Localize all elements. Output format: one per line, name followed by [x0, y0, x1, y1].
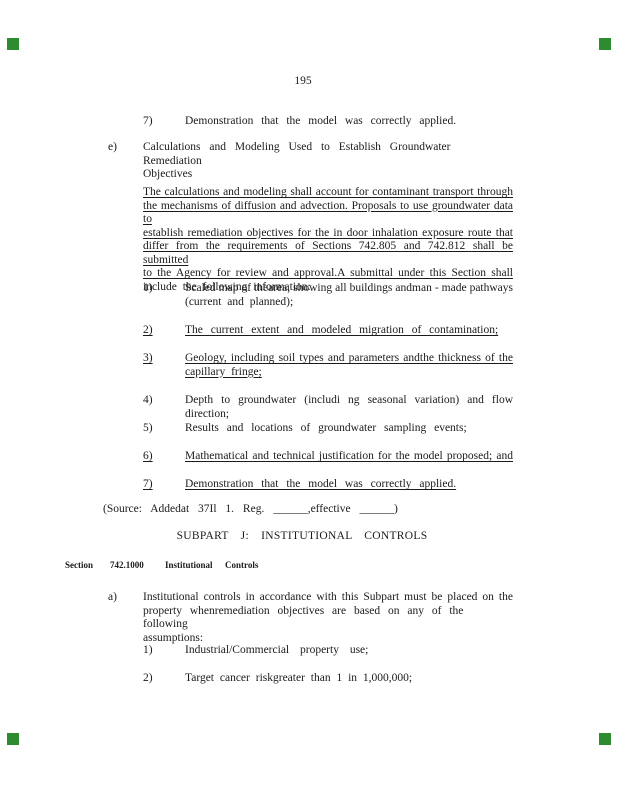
- paragraph-line: Institutional controls in accordance wit…: [143, 591, 513, 605]
- list-item-label: 2): [143, 324, 153, 338]
- section-title-word1: Institutional: [165, 560, 213, 571]
- list-item-text: Industrial/Commercial property use;: [185, 644, 513, 658]
- subsection-label: e): [108, 141, 117, 155]
- paragraph-line: the mechanisms of diffusion and advectio…: [143, 200, 513, 227]
- list-item-label: 1): [143, 644, 153, 658]
- list-item-line: capillary fringe;: [185, 366, 513, 380]
- subsection-heading-line1: Calculations and Modeling Used to Establ…: [143, 141, 513, 168]
- list-item-text: Demonstration that the model was correct…: [185, 115, 513, 129]
- section-title-word2: Controls: [225, 560, 258, 571]
- corner-marker-top-right: [599, 38, 611, 50]
- list-item-label: 7): [143, 115, 153, 129]
- source-note: (Source: Addedat 37Il 1. Reg. ______,eff…: [103, 503, 398, 517]
- list-item-text: Geology, including soil types and parame…: [185, 352, 513, 379]
- list-item-label: 4): [143, 394, 153, 408]
- list-item-text: Demonstration that the model was correct…: [185, 478, 513, 492]
- subsection-heading-line2: Objectives: [143, 168, 513, 182]
- paragraph-body: The calculations and modeling shall acco…: [143, 186, 513, 294]
- paragraph-line: The calculations and modeling shall acco…: [143, 186, 513, 200]
- list-item-text: Depth to groundwater (includi ng seasona…: [185, 394, 513, 421]
- subpart-heading: SUBPART J: INSTITUTIONAL CONTROLS: [0, 530, 604, 544]
- list-item-text: The current extent and modeled migration…: [185, 324, 513, 338]
- page-number: 195: [0, 75, 606, 89]
- list-item-line: Geology, including soil types and parame…: [185, 352, 513, 366]
- list-item-text: Mathematical and technical justification…: [185, 450, 513, 464]
- paragraph-line: assumptions:: [143, 632, 513, 646]
- list-item-text: Results and locations of groundwater sam…: [185, 422, 513, 436]
- list-item-label: 5): [143, 422, 153, 436]
- subsection-heading: Calculations and Modeling Used to Establ…: [143, 141, 513, 182]
- list-item-line-text: capillary fringe;: [185, 366, 271, 378]
- corner-marker-bottom-left: [7, 733, 19, 745]
- list-item-text: Scaled map of thearea, showing all build…: [185, 282, 513, 309]
- document-page: 195 7) Demonstration that the model was …: [0, 0, 618, 800]
- list-item-label: 3): [143, 352, 153, 366]
- section-number: 742.1000: [110, 560, 144, 571]
- list-item-line: Depth to groundwater (includi ng seasona…: [185, 394, 513, 421]
- list-item-text: Target cancer riskgreater than 1 in 1,00…: [185, 672, 513, 686]
- list-item-line: Mathematical and technical justification…: [185, 450, 513, 464]
- list-item-label: 6): [143, 450, 153, 464]
- list-item-line: The current extent and modeled migration…: [185, 324, 507, 336]
- list-item-line: Results and locations of groundwater sam…: [185, 422, 513, 436]
- list-item-label: 2): [143, 672, 153, 686]
- list-item-line: Scaled map of thearea, showing all build…: [185, 282, 513, 296]
- subsection-body: Institutional controls in accordance wit…: [143, 591, 513, 645]
- corner-marker-bottom-right: [599, 733, 611, 745]
- list-item-label: 7): [143, 478, 153, 492]
- subsection-label: a): [108, 591, 117, 605]
- list-item-label: 1): [143, 282, 153, 296]
- paragraph-line: differ from the requirements of Sections…: [143, 240, 513, 267]
- paragraph-line: property whenremediation objectives are …: [143, 605, 513, 632]
- paragraph-line: establish remediation objectives for the…: [143, 227, 513, 241]
- section-word: Section: [65, 560, 93, 571]
- paragraph-line: to the Agency for review and approval.A …: [143, 267, 513, 281]
- list-item-line: (current and planned);: [185, 296, 513, 310]
- list-item-line: Demonstration that the model was correct…: [185, 478, 465, 490]
- corner-marker-top-left: [7, 38, 19, 50]
